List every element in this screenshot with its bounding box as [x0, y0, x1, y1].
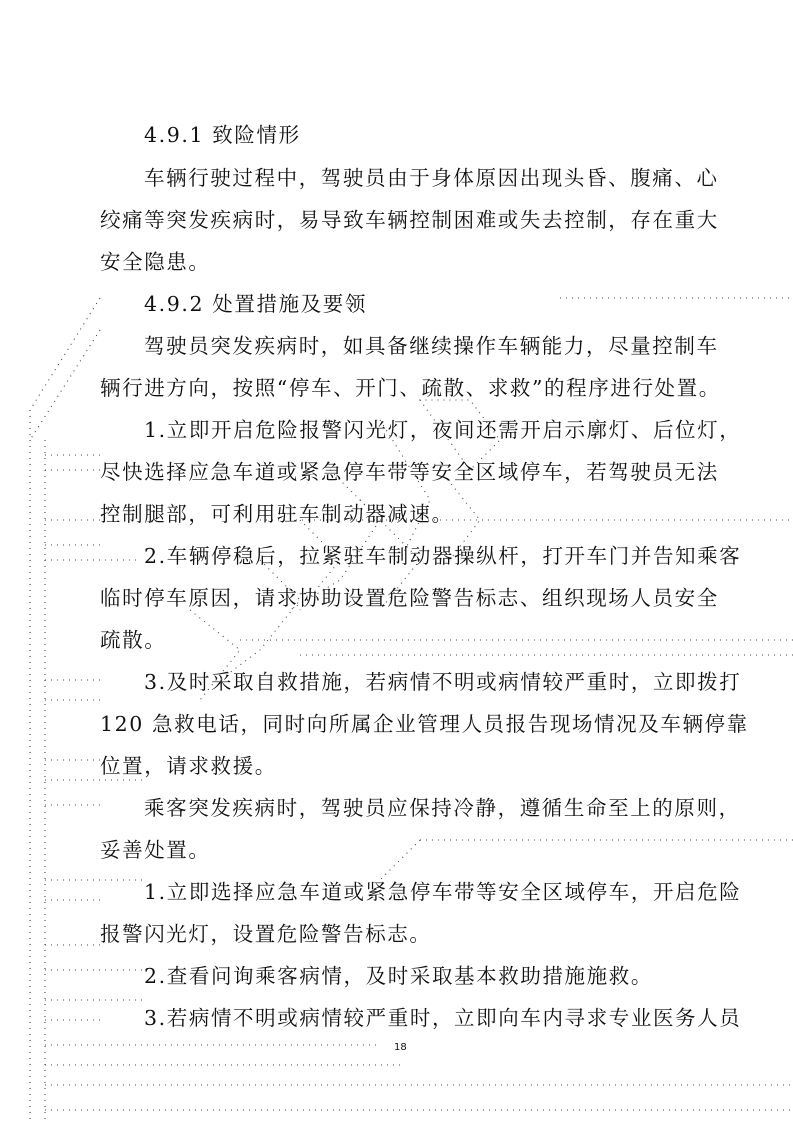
paragraph-line: 3.及时采取自救措施，若病情不明或病情较严重时，立即拨打 [144, 670, 700, 694]
paragraph-line: 3.若病情不明或病情较严重时，立即向车内寻求专业医务人员 [144, 1006, 700, 1030]
paragraph-line: 驾驶员突发疾病时，如具备继续操作车辆能力，尽量控制车 [144, 334, 700, 358]
paragraph-line: 2.车辆停稳后，拉紧驻车制动器操纵杆，打开车门并告知乘客 [144, 544, 700, 568]
paragraph-line: 报警闪光灯，设置危险警告标志。 [100, 922, 700, 946]
section-heading-4-9-1: 4.9.1 致险情形 [144, 123, 700, 147]
paragraph-line: 疏散。 [100, 628, 700, 652]
paragraph-line: 辆行进方向，按照“停车、开门、疏散、求救”的程序进行处置。 [100, 376, 700, 400]
paragraph-line: 绞痛等突发疾病时，易导致车辆控制困难或失去控制，存在重大 [100, 208, 700, 232]
page-number: 18 [394, 1042, 407, 1053]
section-heading-4-9-2: 4.9.2 处置措施及要领 [144, 292, 700, 316]
paragraph-line: 妥善处置。 [100, 838, 700, 862]
document-page: 4.9.1 致险情形 车辆行驶过程中，驾驶员由于身体原因出现头昏、腹痛、心 绞痛… [0, 0, 793, 1122]
paragraph-line: 临时停车原因，请求协助设置危险警告标志、组织现场人员安全 [100, 586, 700, 610]
paragraph-line: 位置，请求救援。 [100, 754, 700, 778]
paragraph-line: 120 急救电话，同时向所属企业管理人员报告现场情况及车辆停靠 [100, 712, 700, 736]
paragraph-line: 乘客突发疾病时，驾驶员应保持冷静，遵循生命至上的原则， [144, 796, 700, 820]
paragraph-line: 车辆行驶过程中，驾驶员由于身体原因出现头昏、腹痛、心 [144, 166, 700, 190]
paragraph-line: 控制腿部，可利用驻车制动器减速。 [100, 502, 700, 526]
paragraph-line: 尽快选择应急车道或紧急停车带等安全区域停车，若驾驶员无法 [100, 460, 700, 484]
paragraph-line: 安全隐患。 [100, 250, 700, 274]
paragraph-line: 1.立即选择应急车道或紧急停车带等安全区域停车，开启危险 [144, 880, 700, 904]
paragraph-line: 2.查看问询乘客病情，及时采取基本救助措施施救。 [144, 964, 700, 988]
paragraph-line: 1.立即开启危险报警闪光灯，夜间还需开启示廓灯、后位灯， [144, 418, 700, 442]
